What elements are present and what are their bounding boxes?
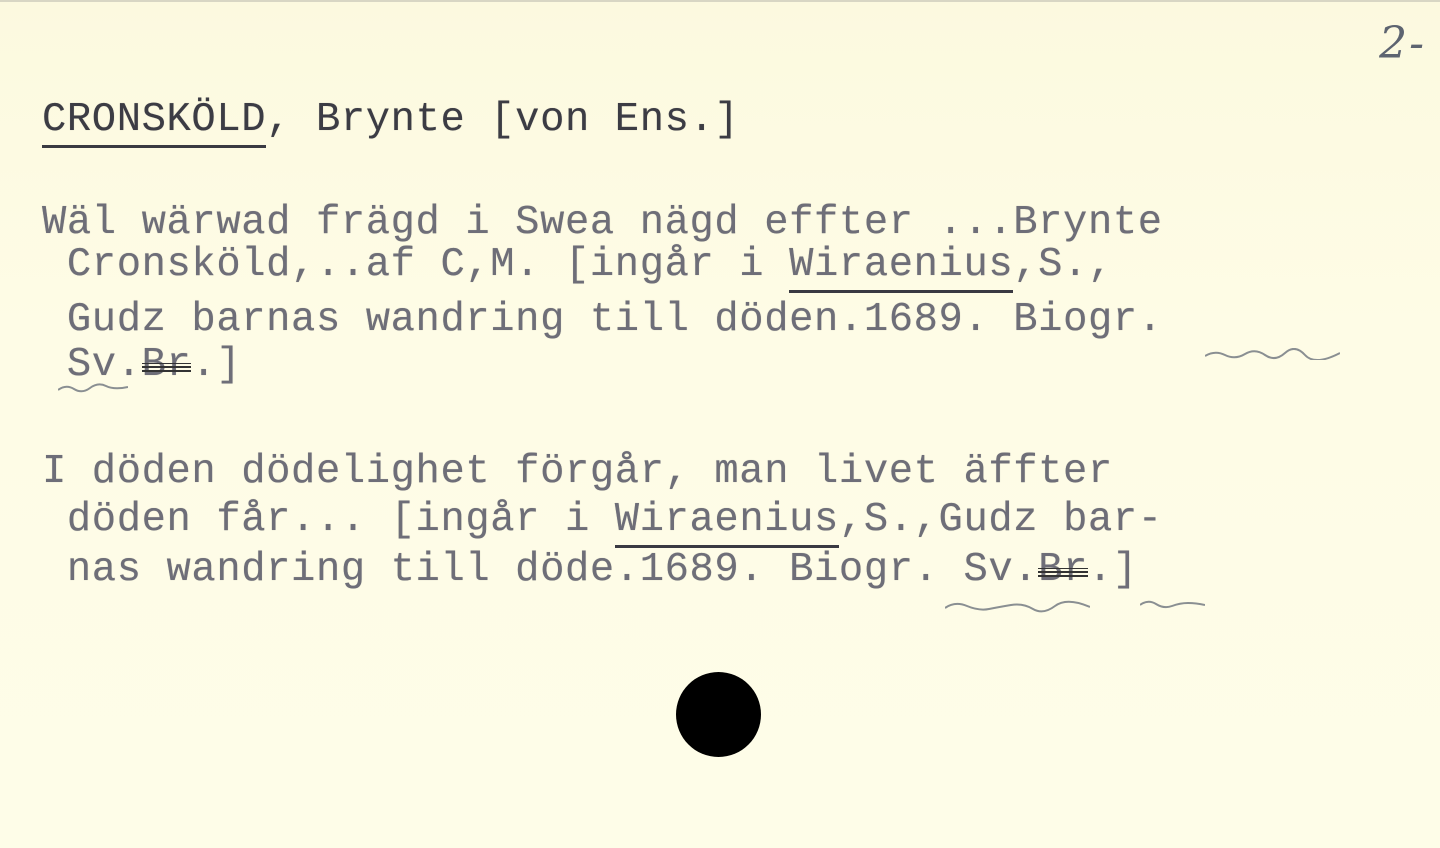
entry-2-wavy-underline-sv <box>1140 598 1205 610</box>
entry-2-wavy-underline-biogr <box>945 600 1090 612</box>
entry-2-series-author: Wiraenius <box>615 497 839 548</box>
entry-1-end: .] <box>191 342 241 388</box>
entry-1-line-4: Sv.Br.] <box>42 345 241 385</box>
heading-rest: , Brynte [von Ens.] <box>266 97 739 143</box>
entry-2-line-3: nas wandring till döde.1689. Biogr. Sv.B… <box>42 550 1138 590</box>
catalog-card: 2- CRONSKÖLD, Brynte [von Ens.] Wäl wärw… <box>0 0 1440 848</box>
entry-2-struck-text: Br <box>1038 550 1088 590</box>
entry-1-series-author: Wiraenius <box>789 242 1013 293</box>
entry-2-after-author: ,S.,Gudz bar- <box>839 497 1163 543</box>
card-heading: CRONSKÖLD, Brynte [von Ens.] <box>42 100 739 140</box>
entry-1-line-1: Wäl wärwad frägd i Swea nägd effter ...B… <box>42 203 1163 243</box>
entry-2-end: .] <box>1088 547 1138 593</box>
entry-1-line-2: Cronsköld,..af C,M. [ingår i Wiraenius,S… <box>42 245 1113 285</box>
entry-2-source-1: Biogr. <box>789 547 938 593</box>
entry-1-wavy-underline-sv <box>58 382 128 394</box>
entry-1-after-author: ,S., <box>1013 242 1113 288</box>
entry-2-source-2: Sv. <box>963 547 1038 593</box>
entry-2-line-3-text: nas wandring till döde.1689. <box>42 547 789 593</box>
handwritten-page-note: 2- <box>1379 18 1426 69</box>
entry-1-wavy-underline-biogr <box>1205 348 1340 360</box>
entry-2-line-2-text: döden får... [ingår i <box>42 497 615 543</box>
entry-1-source-1: Biogr. <box>1013 297 1162 343</box>
card-punch-hole <box>676 672 761 757</box>
entry-1-struck-text: Br <box>142 345 192 385</box>
entry-1-line-3-text: Gudz barnas wandring till döden.1689. <box>42 297 1013 343</box>
heading-name: CRONSKÖLD <box>42 97 266 148</box>
card-top-edge <box>0 0 1440 2</box>
entry-1-line-3: Gudz barnas wandring till döden.1689. Bi… <box>42 300 1163 340</box>
entry-2-line-2: döden får... [ingår i Wiraenius,S.,Gudz … <box>42 500 1163 540</box>
entry-1-line-2-text: Cronsköld,..af C,M. [ingår i <box>42 242 789 288</box>
entry-2-line-1: I döden dödelighet förgår, man livet äff… <box>42 452 1113 492</box>
